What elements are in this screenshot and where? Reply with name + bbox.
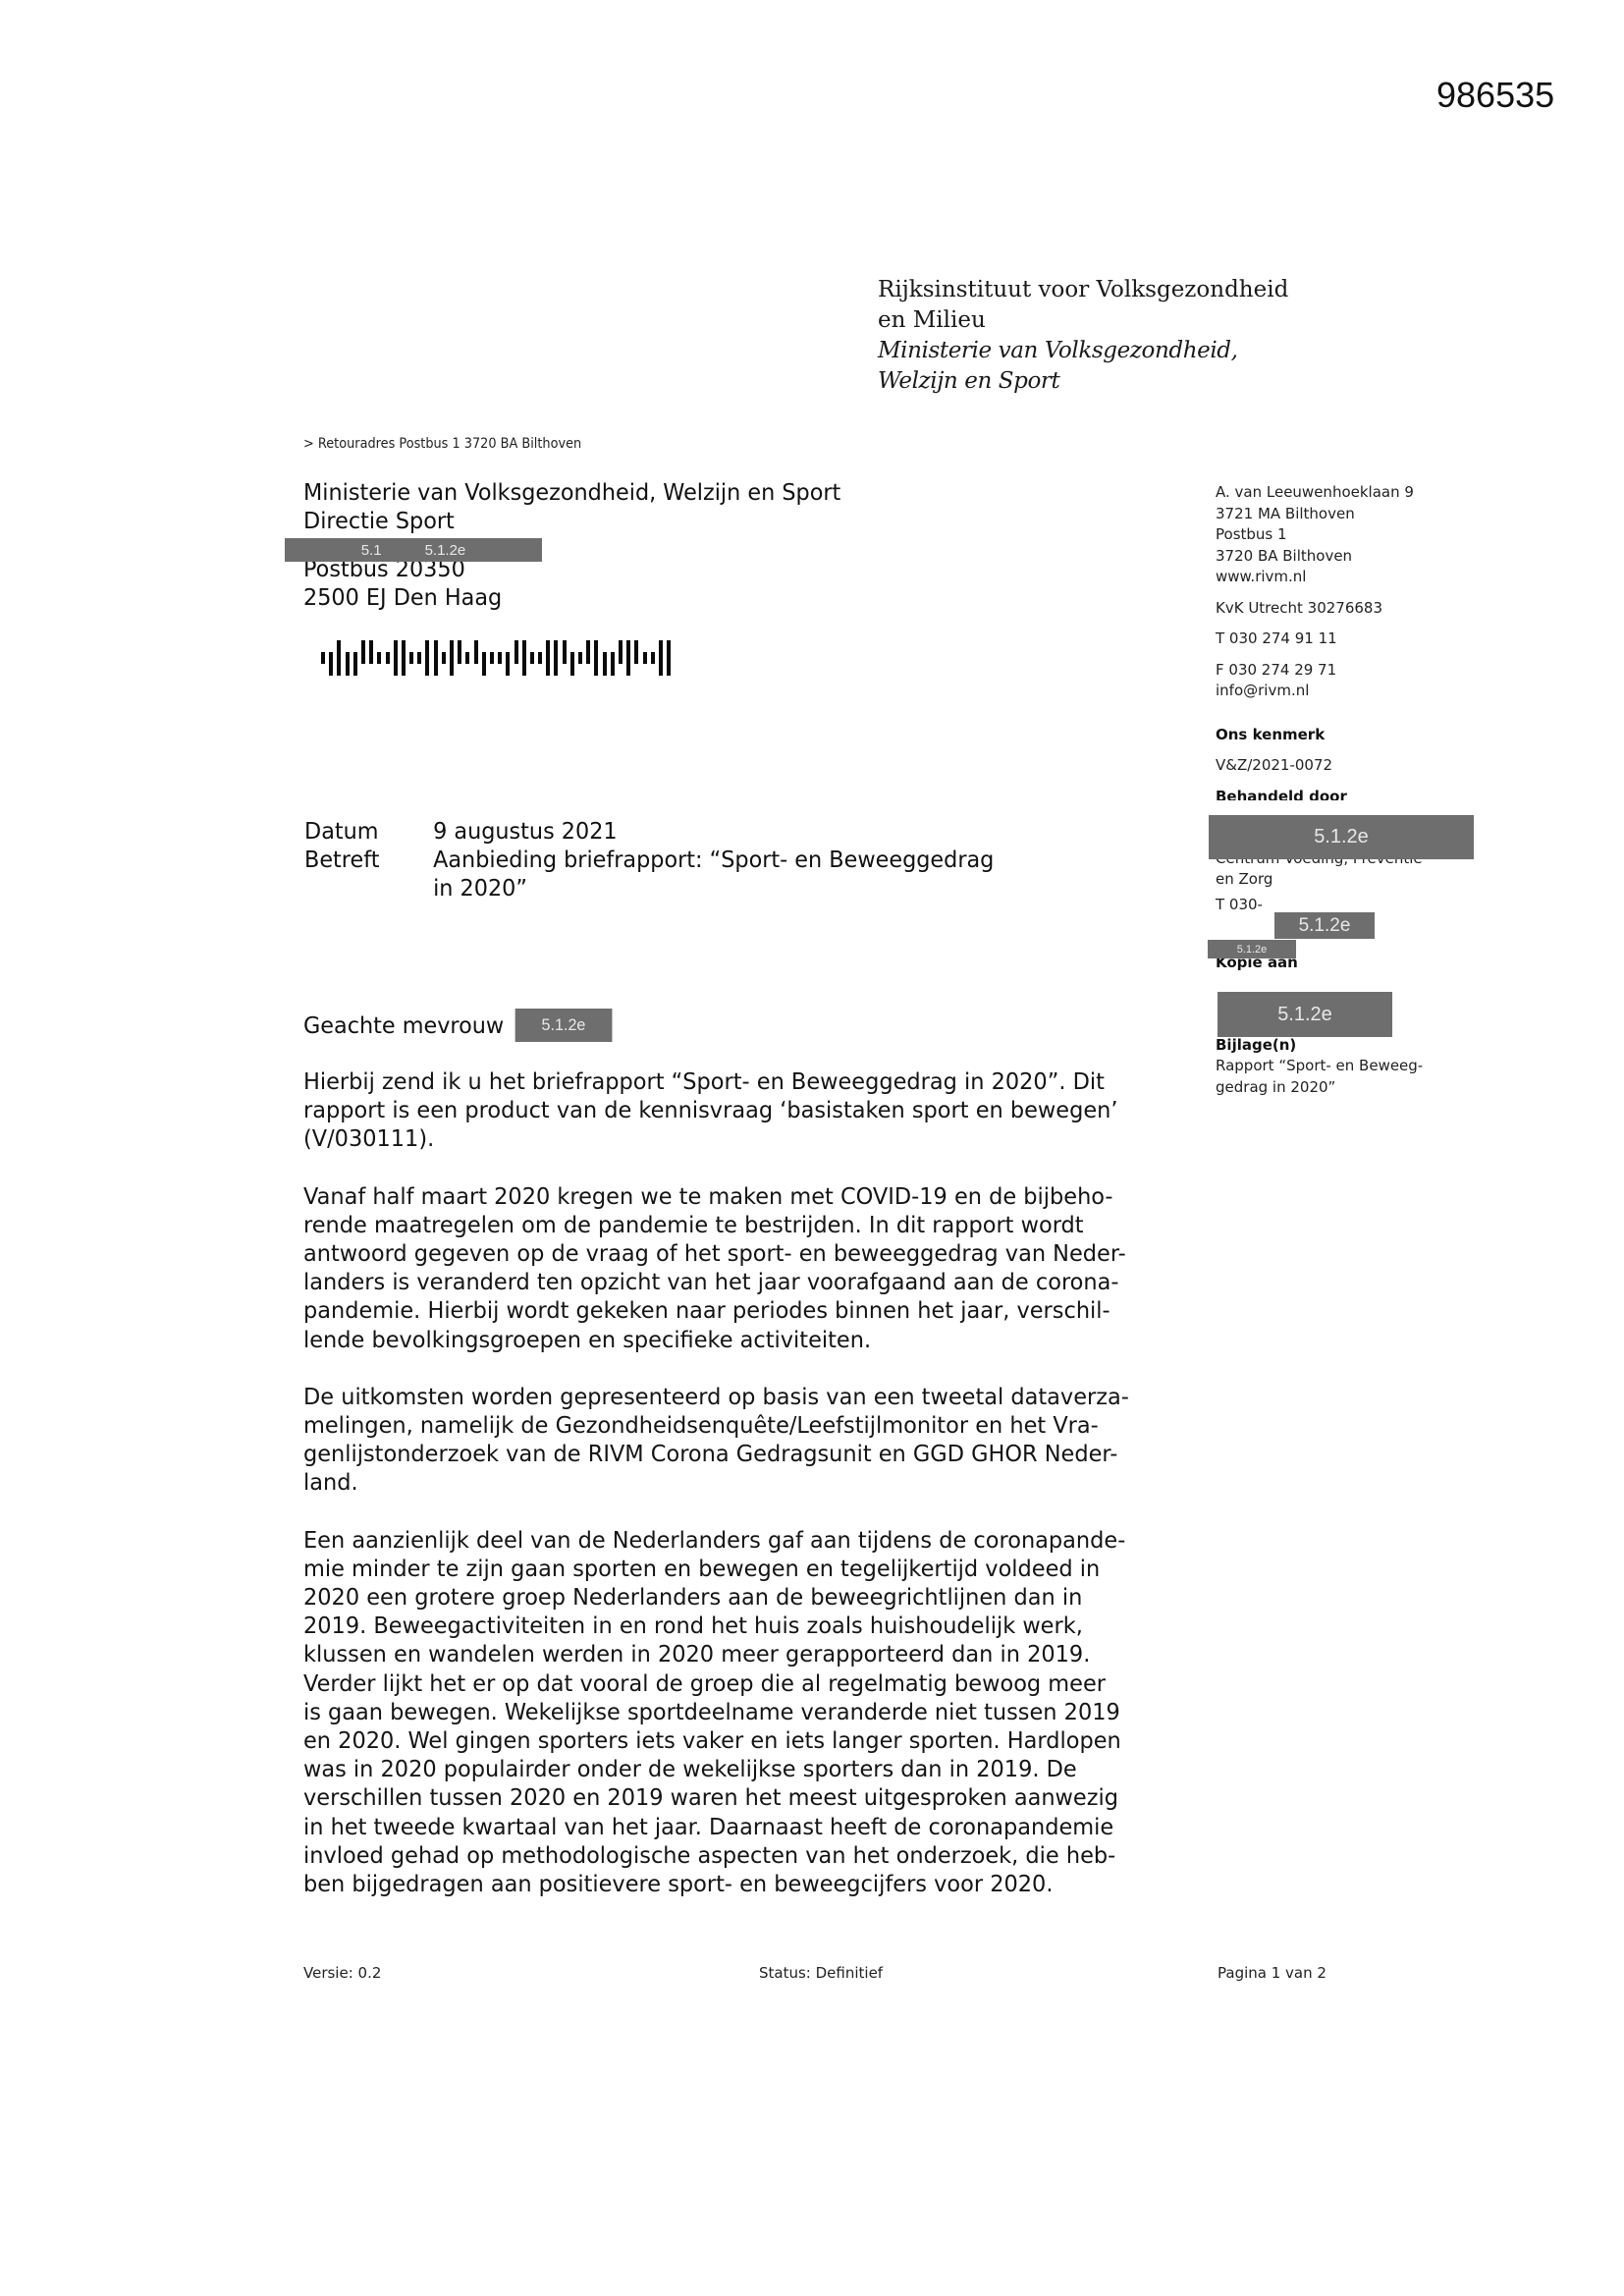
barcode-bar (546, 640, 550, 676)
barcode-bar (450, 640, 454, 676)
redaction-code: 5.1.2e (425, 542, 466, 559)
barcode-bar (458, 640, 461, 664)
barcode-bar (594, 640, 598, 676)
postal-barcode (321, 640, 675, 676)
body-paragraph: Hierbij zend ik u het briefrapport “Spor… (303, 1067, 1166, 1154)
barcode-bar (425, 640, 429, 676)
contact-phone-redaction: 5.1.2e (1274, 912, 1375, 939)
barcode-bar (465, 652, 469, 664)
sender-address-line: Postbus 1 (1216, 524, 1500, 546)
barcode-bar (434, 640, 438, 676)
barcode-bar (651, 652, 655, 664)
barcode-bar (563, 640, 567, 664)
barcode-bar (377, 652, 381, 664)
barcode-bar (514, 640, 518, 664)
barcode-bar (570, 652, 574, 676)
barcode-bar (417, 652, 421, 664)
subject-value-line1: Aanbieding briefrapport: “Sport- en Bewe… (433, 846, 994, 874)
barcode-bar (337, 640, 341, 676)
body-paragraph: Vanaf half maart 2020 kregen we te maken… (303, 1182, 1166, 1354)
handled-by-redaction: 5.1.2e (1209, 815, 1474, 859)
sender-website-link[interactable]: www.rivm.nl (1216, 567, 1500, 588)
barcode-bar (346, 652, 350, 676)
sender-kvk: KvK Utrecht 30276683 (1216, 598, 1500, 620)
subject-label: Betreft (304, 846, 433, 874)
barcode-bar (329, 652, 333, 676)
sender-fax: F 030 274 29 71 (1216, 660, 1500, 682)
return-address: > Retouradres Postbus 1 3720 BA Bilthove… (303, 436, 581, 452)
barcode-bar (369, 640, 373, 664)
barcode-bar (409, 652, 413, 664)
contact-phone-prefix: T 030- (1216, 896, 1263, 913)
barcode-bar (530, 652, 534, 664)
institute-name-line2: en Milieu (878, 305, 1288, 336)
barcode-bar (402, 640, 406, 676)
attachments-line1: Rapport “Sport- en Beweeg- (1216, 1056, 1500, 1077)
barcode-bar (634, 640, 638, 664)
recipient-line1: Ministerie van Volksgezondheid, Welzijn … (303, 478, 840, 507)
barcode-bar (554, 640, 558, 676)
barcode-bar (522, 640, 526, 676)
barcode-bar (386, 652, 390, 664)
attachments-label: Bijlage(n) (1216, 1035, 1500, 1057)
recipient-line4: 2500 EJ Den Haag (303, 583, 840, 612)
salutation-redaction: 5.1.2e (515, 1009, 613, 1042)
subject-value-line2: in 2020” (433, 874, 527, 902)
document-number: 986535 (1436, 75, 1554, 116)
department-line2: en Zorg (1216, 869, 1500, 891)
date-value: 9 augustus 2021 (433, 817, 618, 846)
sender-address-line: 3721 MA Bilthoven (1216, 504, 1500, 525)
institute-name-line1: Rijksinstituut voor Volksgezondheid (878, 275, 1288, 305)
attachments-line2: gedrag in 2020” (1216, 1077, 1500, 1099)
barcode-bar (321, 652, 325, 664)
sender-address-line: 3720 BA Bilthoven (1216, 546, 1500, 568)
date-label: Datum (304, 817, 433, 846)
date-row: Datum 9 augustus 2021 (304, 817, 994, 846)
barcode-bar (394, 640, 398, 676)
handled-by-label: Behandeld door (1216, 787, 1500, 800)
sender-email-link[interactable]: info@rivm.nl (1216, 681, 1500, 702)
barcode-bar (586, 640, 590, 664)
recipient-redaction: 5.1 5.1.2e (285, 538, 542, 562)
redaction-code: 5.1 (361, 542, 382, 559)
barcode-bar (482, 652, 486, 676)
barcode-bar (667, 640, 671, 676)
sender-address-line: A. van Leeuwenhoeklaan 9 (1216, 482, 1500, 504)
sender-phone: T 030 274 91 11 (1216, 629, 1500, 650)
ministry-name-line1: Ministerie van Volksgezondheid, (878, 336, 1288, 366)
barcode-bar (643, 652, 647, 664)
contact-email-redaction: 5.1.2e (1208, 940, 1296, 958)
subject-row-cont: in 2020” (304, 874, 994, 902)
barcode-bar (619, 640, 623, 664)
subject-row: Betreft Aanbieding briefrapport: “Sport-… (304, 846, 994, 874)
barcode-bar (659, 640, 663, 676)
barcode-bar (626, 640, 630, 676)
reference-label: Ons kenmerk (1216, 725, 1500, 746)
barcode-bar (603, 652, 607, 676)
salutation-text: Geachte mevrouw (303, 1011, 504, 1039)
letterhead-logo: Rijksinstituut voor Volksgezondheid en M… (878, 275, 1288, 397)
barcode-bar (498, 652, 502, 664)
barcode-bar (353, 652, 357, 676)
body-paragraph: De uitkomsten worden gepresenteerd op ba… (303, 1383, 1166, 1498)
barcode-bar (474, 640, 478, 664)
barcode-bar (490, 652, 494, 664)
barcode-bar (442, 652, 446, 664)
barcode-bar (611, 652, 615, 676)
body-paragraph: Een aanzienlijk deel van de Nederlanders… (303, 1526, 1166, 1899)
salutation: Geachte mevrouw 5.1.2e (303, 1009, 612, 1042)
letter-meta: Datum 9 augustus 2021 Betreft Aanbieding… (304, 817, 994, 902)
reference-value: V&Z/2021-0072 (1216, 755, 1500, 777)
footer-page-number: Pagina 1 van 2 (1218, 1964, 1326, 1982)
letter-body: Hierbij zend ik u het briefrapport “Spor… (303, 1067, 1166, 1927)
copy-redaction: 5.1.2e (1218, 992, 1392, 1037)
barcode-bar (578, 652, 582, 664)
barcode-bar (361, 640, 365, 664)
footer-version: Versie: 0.2 (303, 1964, 381, 1982)
ministry-name-line2: Welzijn en Sport (878, 366, 1288, 397)
barcode-bar (538, 652, 542, 664)
barcode-bar (506, 652, 510, 676)
footer-status: Status: Definitief (759, 1964, 883, 1982)
recipient-line2: Directie Sport (303, 507, 840, 535)
